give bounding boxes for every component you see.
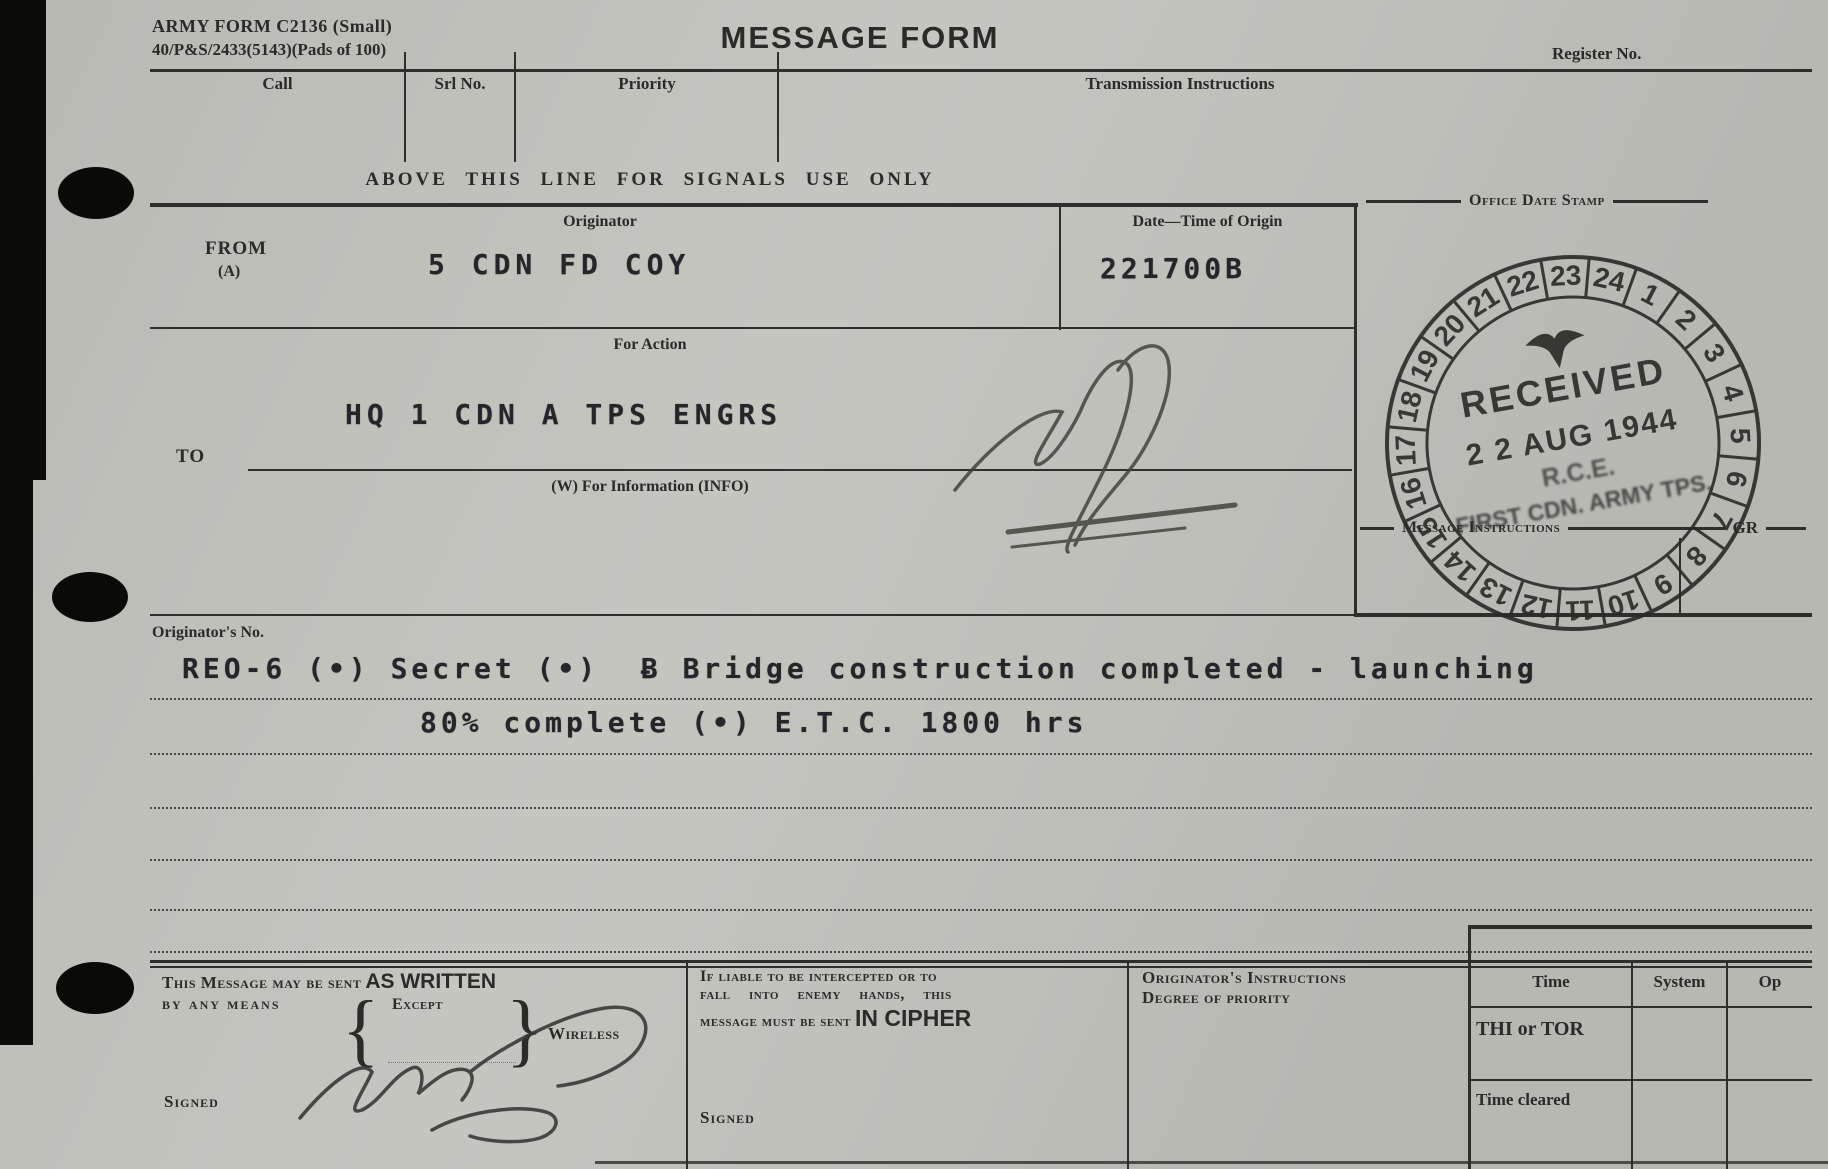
ruled-line <box>150 753 1812 755</box>
svg-text:3: 3 <box>1697 338 1732 368</box>
originator-instructions-line2: Degree of priority <box>1142 988 1462 1008</box>
signed-label-1: Signed <box>164 1092 219 1112</box>
routing-col-op: Op <box>1728 972 1812 992</box>
for-action-label: For Action <box>300 336 1000 354</box>
ruled-line <box>150 807 1812 809</box>
routing-table-left <box>1468 925 1471 1169</box>
from-label: FROM <box>205 238 267 260</box>
info-label: (W) For Information (INFO) <box>300 478 1000 496</box>
message-form-document: ARMY FORM C2136 (Small) 40/P&S/2433(5143… <box>0 0 1828 1169</box>
to-label: TO <box>176 446 205 468</box>
date-time-label: Date—Time of Origin <box>1061 213 1354 231</box>
svg-text:11: 11 <box>1565 594 1596 626</box>
cipher-emphasis: IN CIPHER <box>855 1005 971 1031</box>
svg-text:4: 4 <box>1716 381 1750 406</box>
message-line-2: 80% complete (•) E.T.C. 1800 hrs <box>420 706 1087 739</box>
originators-no-label: Originator's No. <box>152 624 264 642</box>
signals-banner: ABOVE THIS LINE FOR SIGNALS USE ONLY <box>150 169 1150 191</box>
routing-row-line <box>1468 1079 1812 1081</box>
svg-text:24: 24 <box>1591 261 1629 298</box>
ruled-line <box>150 951 1812 953</box>
routing-col-divider <box>1726 963 1728 1169</box>
signed-label-2: Signed <box>700 1108 755 1128</box>
routing-table-top <box>1468 925 1812 929</box>
except-label: Except <box>392 996 443 1014</box>
dash <box>1613 200 1708 203</box>
punch-hole <box>58 167 134 219</box>
cipher-line1: If liable to be intercepted or to <box>700 968 1112 986</box>
tick <box>514 52 516 69</box>
svg-text:2: 2 <box>1670 303 1702 336</box>
routing-row-thi-tor: THI or TOR <box>1476 1018 1584 1041</box>
received-date-stamp: 101112131415161718192021222324123456789 … <box>1358 228 1788 658</box>
svg-text:9: 9 <box>1648 567 1678 602</box>
transmission-instructions-label: Transmission Instructions <box>780 74 1580 94</box>
sent-prefix: This Message may be sent <box>162 973 361 992</box>
footer-divider <box>686 963 688 1169</box>
punch-hole <box>56 962 134 1014</box>
svg-text:12: 12 <box>1518 588 1555 625</box>
routing-col-divider <box>1631 963 1633 1169</box>
sent-line2: by any means <box>162 994 281 1013</box>
svg-text:1: 1 <box>1636 277 1664 312</box>
svg-text:8: 8 <box>1680 540 1713 572</box>
srl-no-column-label: Srl No. <box>404 74 516 94</box>
originator-instructions-cell: Originator's Instructions Degree of prio… <box>1142 968 1462 1008</box>
ruled-line <box>150 909 1812 911</box>
routing-col-system: System <box>1633 972 1726 992</box>
sent-emphasis: AS WRITTEN <box>365 970 496 993</box>
routing-row-line <box>1468 1006 1812 1008</box>
footer-divider <box>1127 963 1129 1169</box>
svg-text:7: 7 <box>1704 506 1739 534</box>
brace-dotted-line <box>388 1062 516 1063</box>
punch-hole <box>52 572 128 622</box>
routing-col-time: Time <box>1471 972 1631 992</box>
form-id-line2: 40/P&S/2433(5143)(Pads of 100) <box>152 40 386 60</box>
scan-bottom-edge <box>595 1161 1828 1164</box>
from-box-bottom <box>150 327 1356 329</box>
routing-row-time-cleared: Time cleared <box>1476 1090 1570 1110</box>
tick <box>404 52 406 69</box>
message-line-1: REO-6 (•) Secret (•) Ƀ Bridge constructi… <box>182 652 1538 685</box>
scan-edge <box>0 0 33 1045</box>
svg-text:6: 6 <box>1720 468 1754 490</box>
ruled-line <box>150 859 1812 861</box>
approval-signature <box>955 346 1235 552</box>
office-date-stamp-row: Office Date Stamp <box>1366 192 1806 210</box>
rule-heavy <box>150 203 1358 207</box>
from-sub-label: (A) <box>218 263 240 281</box>
page-title: MESSAGE FORM <box>690 20 1030 56</box>
svg-text:17: 17 <box>1389 434 1421 466</box>
ruled-line <box>150 698 1812 700</box>
section-line <box>150 614 1356 616</box>
svg-text:5: 5 <box>1725 427 1757 444</box>
originator-instructions-line1: Originator's Instructions <box>1142 968 1462 988</box>
stamp-box-left <box>1354 205 1357 617</box>
brace-open: { <box>342 982 379 1077</box>
from-value: 5 CDN FD COY <box>428 248 690 281</box>
dash <box>1366 200 1461 203</box>
cipher-line2: fall into enemy hands, this <box>700 986 1112 1004</box>
call-column-label: Call <box>150 74 405 94</box>
svg-text:18: 18 <box>1391 388 1428 425</box>
wireless-label: Wireless <box>548 1024 620 1044</box>
svg-text:23: 23 <box>1549 259 1581 291</box>
to-value: HQ 1 CDN A TPS ENGRS <box>345 398 782 431</box>
rule-top <box>150 69 1812 72</box>
office-date-stamp-label: Office Date Stamp <box>1469 192 1605 210</box>
to-underline <box>248 469 1352 471</box>
originator-label: Originator <box>300 213 900 231</box>
register-no-label: Register No. <box>1552 44 1641 64</box>
date-time-value: 221700B <box>1100 252 1246 285</box>
cipher-cell: If liable to be intercepted or to fall i… <box>700 968 1112 1032</box>
cipher-line3: message must be sent <box>700 1013 851 1030</box>
priority-column-label: Priority <box>516 74 778 94</box>
tick <box>777 52 779 69</box>
form-id-line1: ARMY FORM C2136 (Small) <box>152 16 392 37</box>
footer-top-line <box>150 960 1812 963</box>
